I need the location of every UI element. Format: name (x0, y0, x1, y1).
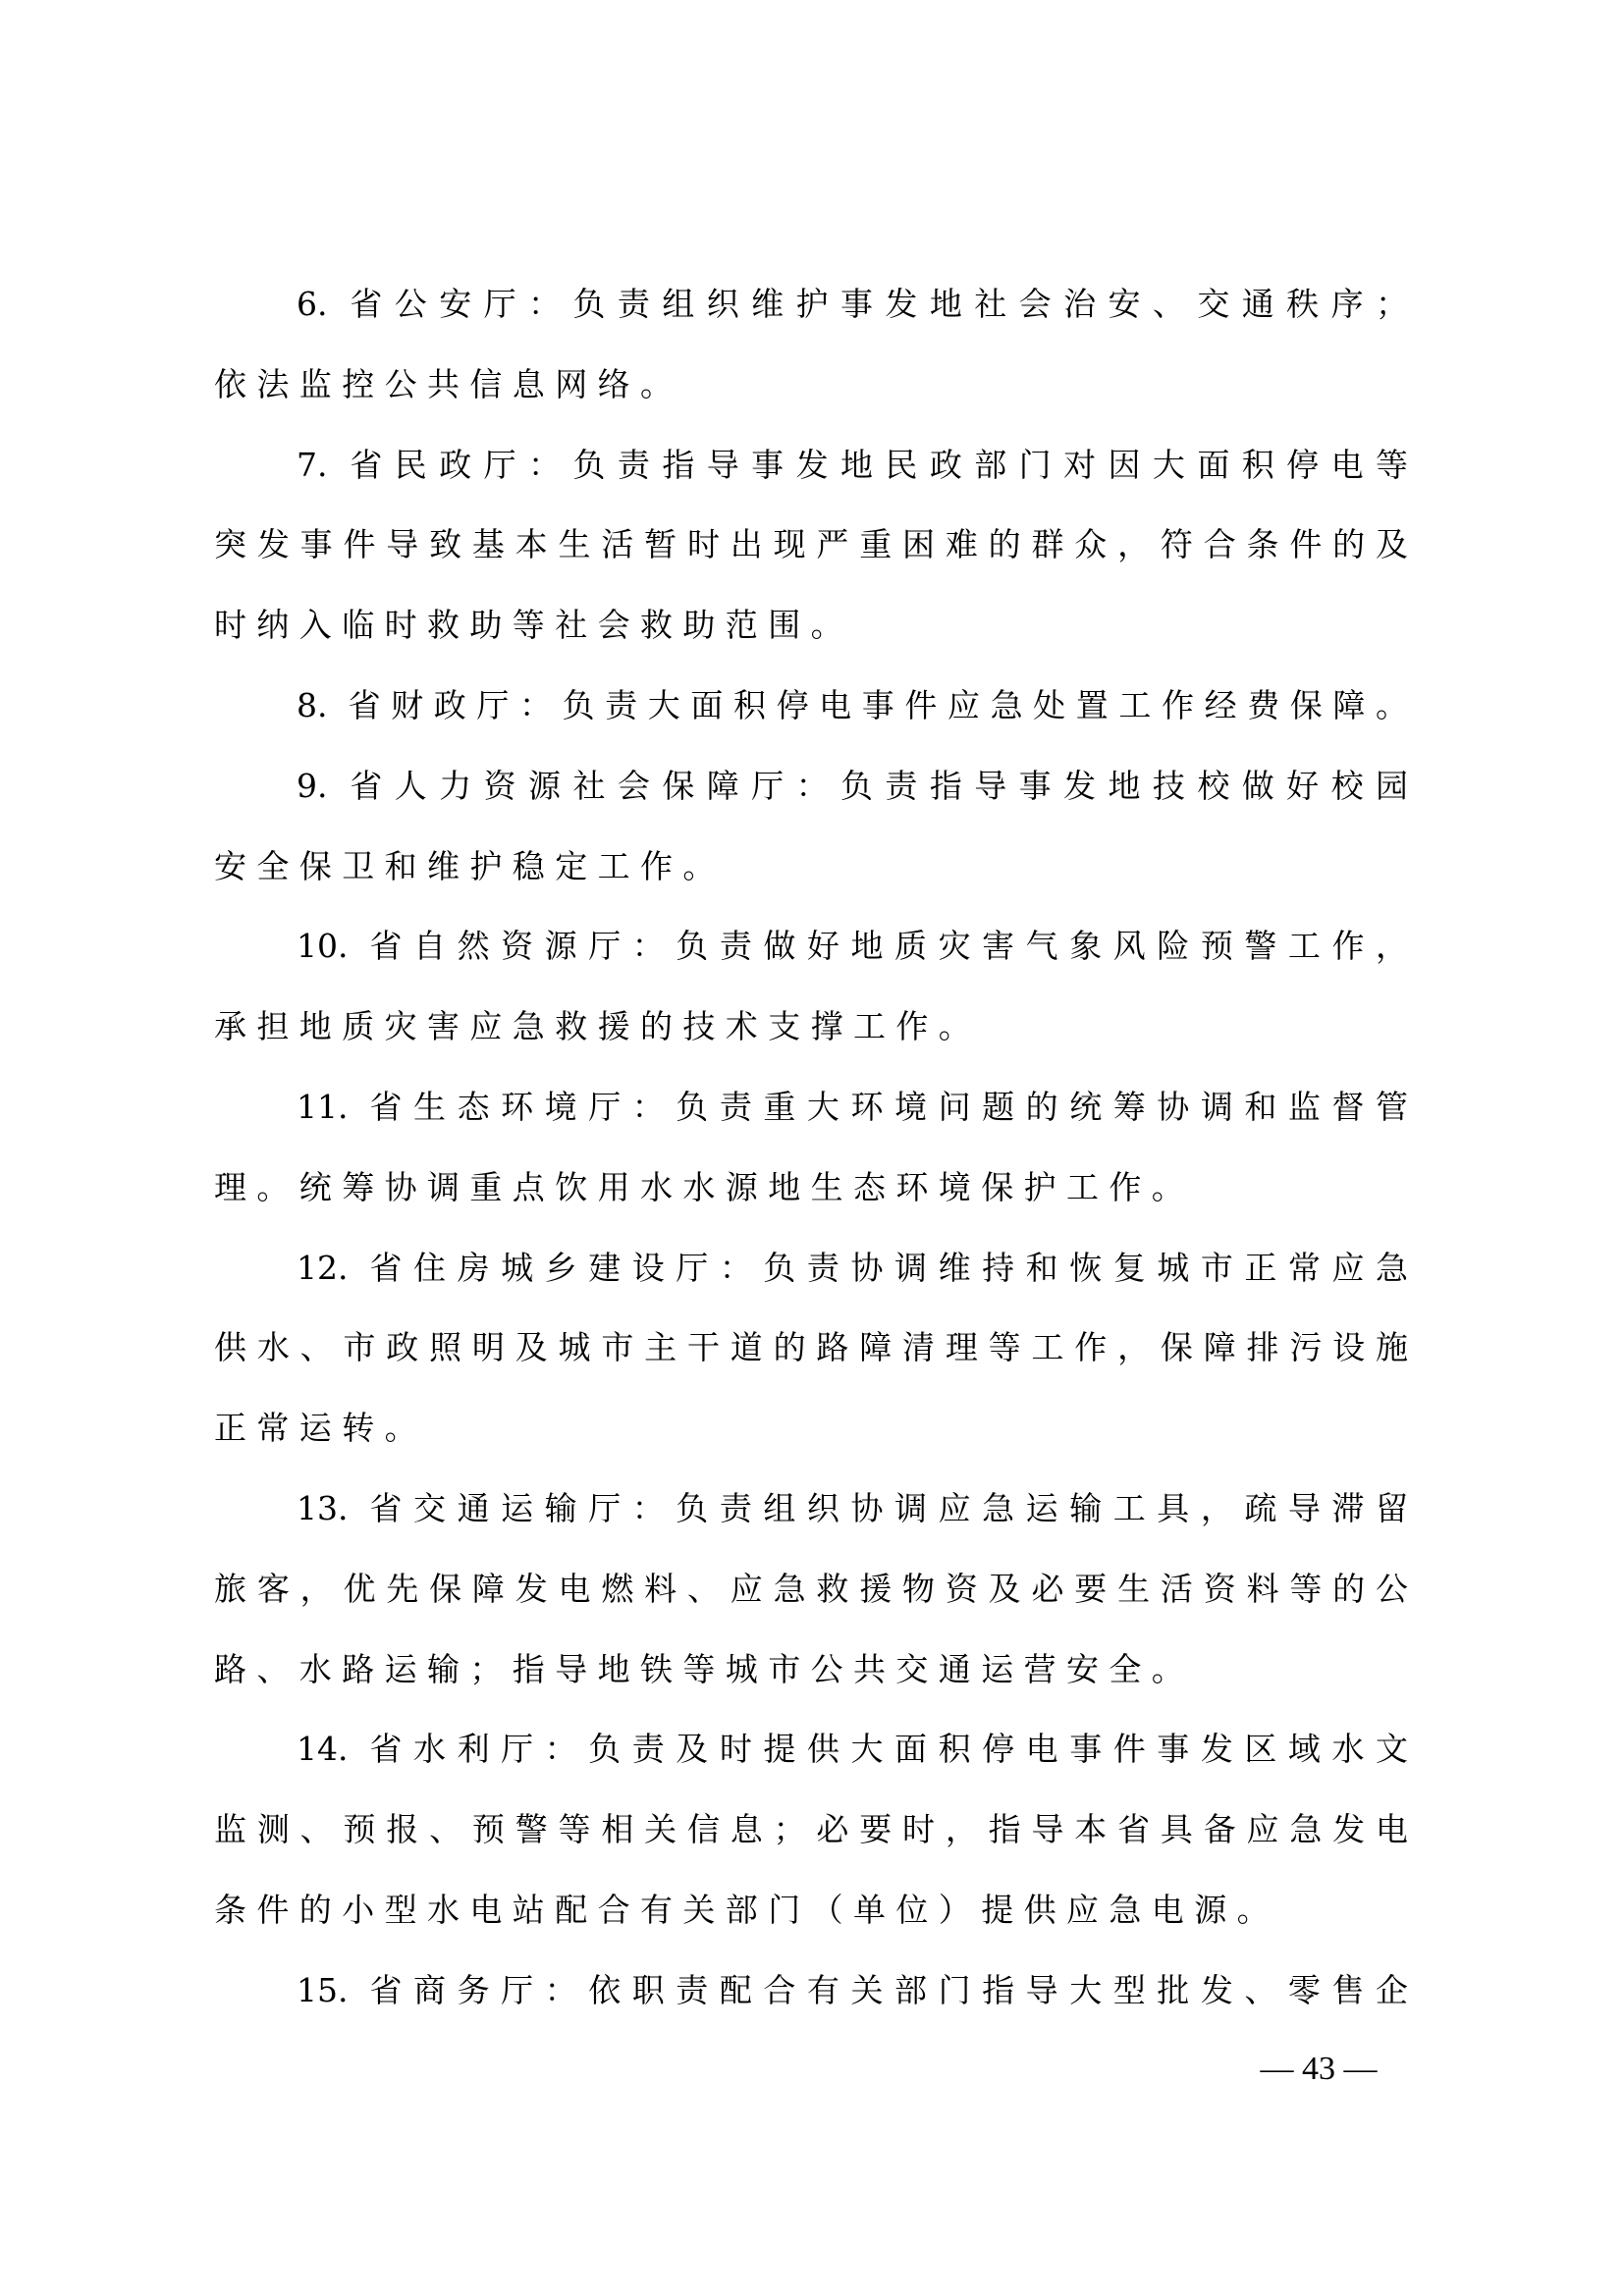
paragraph-9-human-resources: 9. 省人力资源社会保障厅：负责指导事发地技校做好校园 安全保卫和维护稳定工作。 (214, 746, 1408, 907)
paragraph-10-natural-resources: 10. 省自然资源厅：负责做好地质灾害气象风险预警工作， 承担地质灾害应急救援的… (214, 906, 1408, 1067)
paragraph-line: 10. 省自然资源厅：负责做好地质灾害气象风险预警工作， (214, 906, 1408, 987)
paragraph-line: 13. 省交通运输厅：负责组织协调应急运输工具，疏导滞留 (214, 1468, 1408, 1549)
paragraph-line: 8. 省财政厅：负责大面积停电事件应急处置工作经费保障。 (214, 666, 1408, 746)
paragraph-line: 路、水路运输；指导地铁等城市公共交通运营安全。 (214, 1629, 1408, 1710)
paragraph-7-civil-affairs: 7. 省民政厅：负责指导事发地民政部门对因大面积停电等 突发事件导致基本生活暂时… (214, 425, 1408, 666)
paragraph-line: 承担地质灾害应急救援的技术支撑工作。 (214, 987, 1408, 1067)
paragraph-line: 6. 省公安厅：负责组织维护事发地社会治安、交通秩序； (214, 264, 1408, 345)
page-number: — 43 — (1235, 2048, 1402, 2091)
paragraph-11-ecology-environment: 11. 省生态环境厅：负责重大环境问题的统筹协调和监督管 理。统筹协调重点饮用水… (214, 1067, 1408, 1228)
paragraph-line: 11. 省生态环境厅：负责重大环境问题的统筹协调和监督管 (214, 1067, 1408, 1148)
paragraph-14-water-resources: 14. 省水利厅：负责及时提供大面积停电事件事发区域水文 监测、预报、预警等相关… (214, 1709, 1408, 1949)
paragraph-line: 监测、预报、预警等相关信息；必要时，指导本省具备应急发电 (214, 1789, 1408, 1870)
paragraph-line: 12. 省住房城乡建设厅：负责协调维持和恢复城市正常应急 (214, 1228, 1408, 1308)
paragraph-8-finance: 8. 省财政厅：负责大面积停电事件应急处置工作经费保障。 (214, 666, 1408, 746)
paragraph-line: 安全保卫和维护稳定工作。 (214, 827, 1408, 907)
paragraph-line: 条件的小型水电站配合有关部门（单位）提供应急电源。 (214, 1870, 1408, 1950)
paragraph-line: 7. 省民政厅：负责指导事发地民政部门对因大面积停电等 (214, 425, 1408, 506)
paragraph-line: 理。统筹协调重点饮用水水源地生态环境保护工作。 (214, 1148, 1408, 1228)
paragraph-line: 15. 省商务厅：依职责配合有关部门指导大型批发、零售企 (214, 1950, 1408, 2031)
paragraph-6-public-security: 6. 省公安厅：负责组织维护事发地社会治安、交通秩序； 依法监控公共信息网络。 (214, 264, 1408, 425)
paragraph-line: 时纳入临时救助等社会救助范围。 (214, 585, 1408, 666)
paragraph-line: 正常运转。 (214, 1388, 1408, 1468)
document-body: 6. 省公安厅：负责组织维护事发地社会治安、交通秩序； 依法监控公共信息网络。 … (214, 264, 1408, 2031)
paragraph-line: 突发事件导致基本生活暂时出现严重困难的群众，符合条件的及 (214, 505, 1408, 585)
paragraph-line: 依法监控公共信息网络。 (214, 345, 1408, 425)
document-page: 6. 省公安厅：负责组织维护事发地社会治安、交通秩序； 依法监控公共信息网络。 … (0, 0, 1624, 2296)
paragraph-line: 9. 省人力资源社会保障厅：负责指导事发地技校做好校园 (214, 746, 1408, 827)
paragraph-line: 旅客，优先保障发电燃料、应急救援物资及必要生活资料等的公 (214, 1549, 1408, 1629)
paragraph-line: 14. 省水利厅：负责及时提供大面积停电事件事发区域水文 (214, 1709, 1408, 1789)
paragraph-13-transport: 13. 省交通运输厅：负责组织协调应急运输工具，疏导滞留 旅客，优先保障发电燃料… (214, 1468, 1408, 1709)
paragraph-line: 供水、市政照明及城市主干道的路障清理等工作，保障排污设施 (214, 1308, 1408, 1388)
paragraph-12-housing-construction: 12. 省住房城乡建设厅：负责协调维持和恢复城市正常应急 供水、市政照明及城市主… (214, 1228, 1408, 1468)
paragraph-15-commerce: 15. 省商务厅：依职责配合有关部门指导大型批发、零售企 (214, 1950, 1408, 2031)
